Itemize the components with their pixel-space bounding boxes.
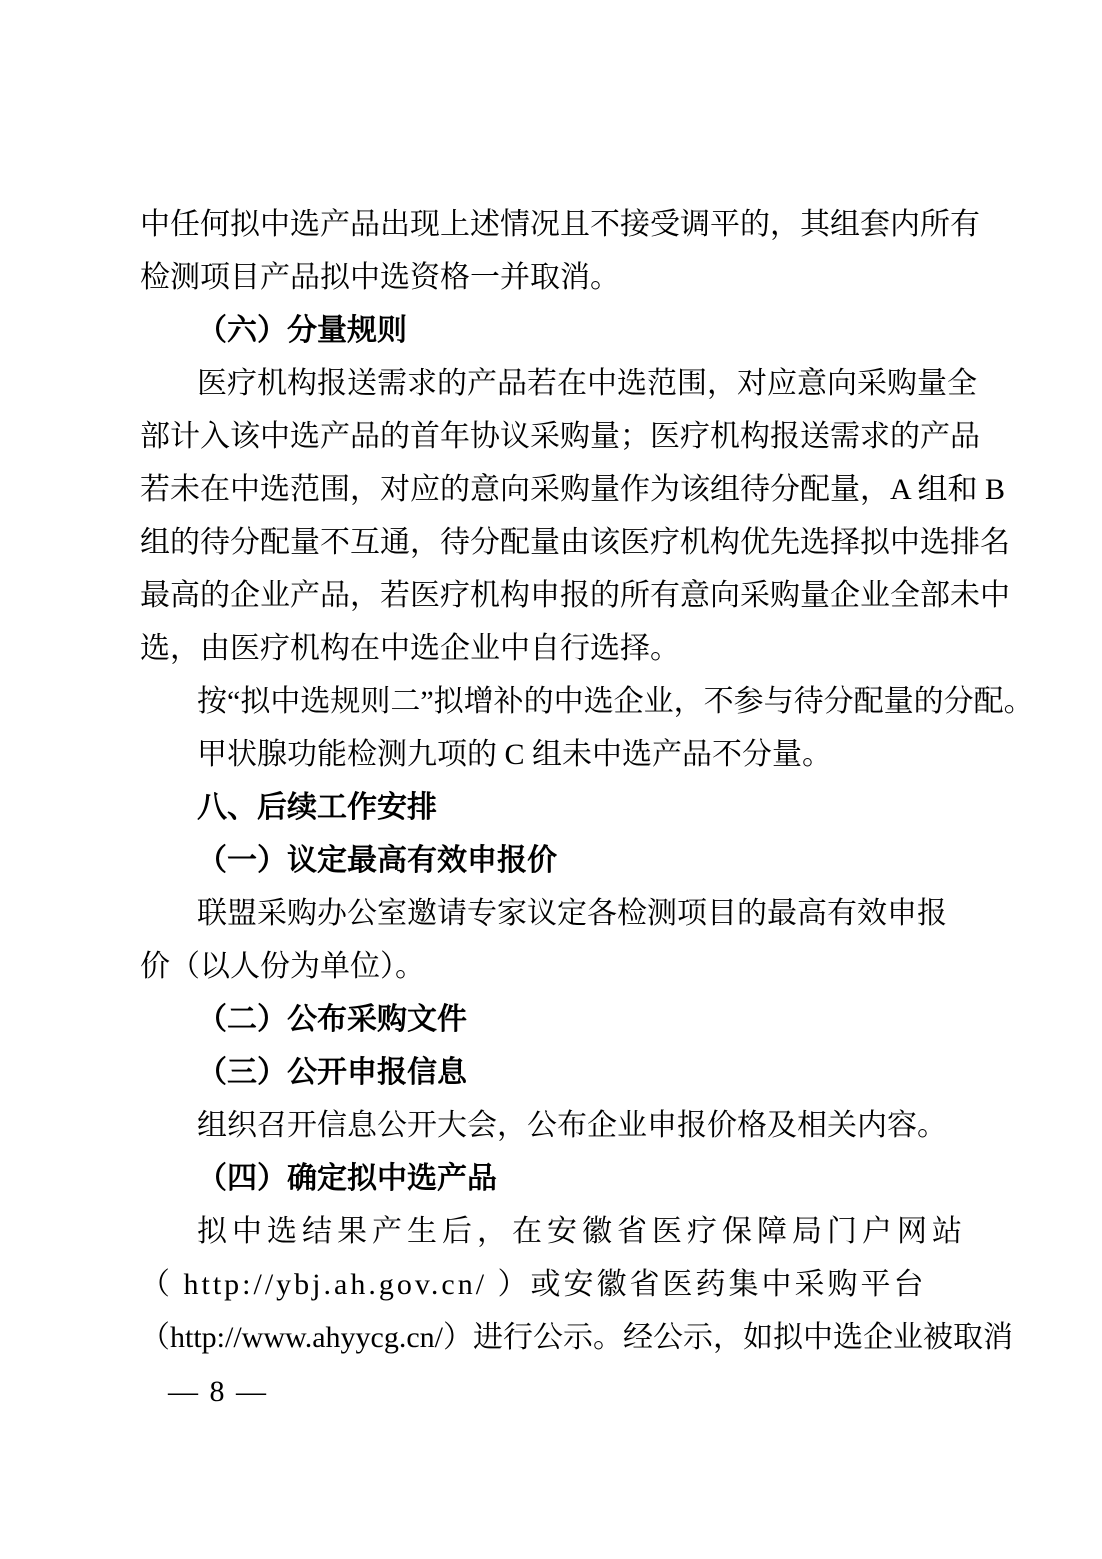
- body-line: 医疗机构报送需求的产品若在中选范围，对应意向采购量全: [140, 357, 966, 410]
- page-number: — 8 —: [168, 1374, 268, 1410]
- body-line: 价（以人份为单位）。: [140, 940, 966, 993]
- body-line: 若未在中选范围，对应的意向采购量作为该组待分配量，A 组和 B: [140, 463, 966, 516]
- section-heading-three-disclose-bid-info: （三）公开申报信息: [140, 1046, 966, 1099]
- section-heading-one-max-valid-bid-price: （一）议定最高有效申报价: [140, 834, 966, 887]
- body-line: 组织召开信息公开大会，公布企业申报价格及相关内容。: [140, 1099, 966, 1152]
- body-line: 部计入该中选产品的首年协议采购量；医疗机构报送需求的产品: [140, 410, 966, 463]
- chapter-heading-eight-follow-up-work: 八、后续工作安排: [140, 781, 966, 834]
- body-line: 甲状腺功能检测九项的 C 组未中选产品不分量。: [140, 728, 966, 781]
- body-line: 最高的企业产品，若医疗机构申报的所有意向采购量企业全部未中: [140, 569, 966, 622]
- body-line-url-ahyycg: （http://www.ahyycg.cn/）进行公示。经公示，如拟中选企业被取…: [140, 1311, 966, 1364]
- body-line: 按“拟中选规则二”拟增补的中选企业，不参与待分配量的分配。: [140, 675, 966, 728]
- document-page: 中任何拟中选产品出现上述情况且不接受调平的，其组套内所有检测项目产品拟中选资格一…: [0, 0, 1102, 1559]
- body-line: 中任何拟中选产品出现上述情况且不接受调平的，其组套内所有: [140, 198, 966, 251]
- section-heading-six-weight-rules: （六）分量规则: [140, 304, 966, 357]
- section-heading-four-confirm-proposed-winners: （四）确定拟中选产品: [140, 1152, 966, 1205]
- body-line: 组的待分配量不互通，待分配量由该医疗机构优先选择拟中选排名: [140, 516, 966, 569]
- section-heading-two-publish-procurement-docs: （二）公布采购文件: [140, 993, 966, 1046]
- body-line-url-ybj: （ http://ybj.ah.gov.cn/ ）或安徽省医药集中采购平台: [140, 1258, 966, 1311]
- document-body: 中任何拟中选产品出现上述情况且不接受调平的，其组套内所有检测项目产品拟中选资格一…: [140, 198, 966, 1364]
- body-line: 联盟采购办公室邀请专家议定各检测项目的最高有效申报: [140, 887, 966, 940]
- body-line: 选，由医疗机构在中选企业中自行选择。: [140, 622, 966, 675]
- body-line: 拟中选结果产生后，在安徽省医疗保障局门户网站: [140, 1205, 966, 1258]
- body-line: 检测项目产品拟中选资格一并取消。: [140, 251, 966, 304]
